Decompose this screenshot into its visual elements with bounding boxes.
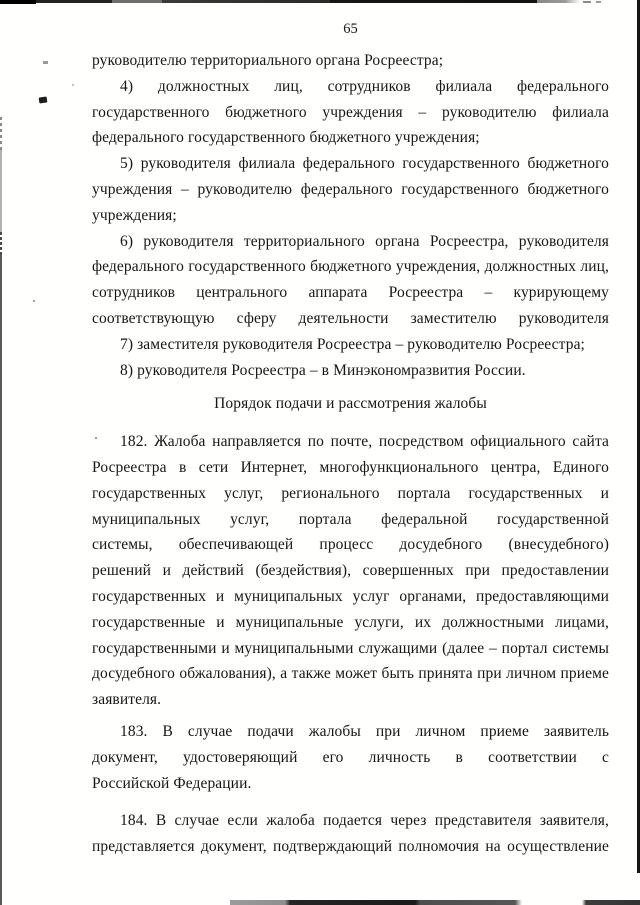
- text-line: соответствующую сферу деятельности замес…: [92, 306, 609, 332]
- text-line: государственных и муниципальных услуг ор…: [92, 584, 609, 610]
- section-heading-text: Порядок подачи и рассмотрения жалобы: [92, 391, 609, 417]
- text-line: федерального государственного бюджетного…: [92, 254, 609, 280]
- scan-artifact-left-edge: [0, 150, 2, 232]
- text-line: 5) руководителя филиала федерального гос…: [92, 151, 609, 177]
- scan-speck: [43, 61, 48, 64]
- text-line: системы, обеспечивающей процесс досудебн…: [92, 532, 609, 558]
- paragraph-184: 184. В случае если жалоба подается через…: [92, 808, 609, 860]
- scan-artifact-left-edge: [0, 255, 2, 905]
- scan-artifact-bottom-edge: [230, 900, 640, 905]
- scan-speck: [72, 84, 74, 86]
- text-line: 7) заместителя руководителя Росреестра –…: [92, 332, 609, 358]
- section-heading: Порядок подачи и рассмотрения жалобы: [92, 391, 609, 417]
- text-line: 182. Жалоба направляется по почте, посре…: [92, 429, 609, 455]
- text-line: документ, удостоверяющий его личность в …: [92, 745, 609, 771]
- scan-artifact-top-edge: [0, 0, 605, 3]
- text-line: государственных услуг, регионального пор…: [92, 481, 609, 507]
- paragraph-item-4: 4) должностных лиц, сотрудников филиала …: [92, 74, 609, 151]
- text-line: 184. В случае если жалоба подается через…: [92, 808, 609, 834]
- scan-speck: [33, 300, 35, 302]
- text-line: заявителя.: [92, 687, 609, 713]
- document-page: 65 руководителю территориального органа …: [0, 0, 640, 905]
- text-line: Российской Федерации.: [92, 771, 609, 797]
- text-line: федерального государственного бюджетного…: [92, 125, 609, 151]
- text-line: государственные и муниципальные услуги, …: [92, 610, 609, 636]
- scan-artifact-top-dash: [596, 1, 601, 3]
- text-line: муниципальных услуг, портала федеральной…: [92, 507, 609, 533]
- text-line: досудебного обжалования), а также может …: [92, 661, 609, 687]
- text-line: 8) руководителя Росреестра – в Минэконом…: [92, 358, 609, 384]
- text-line: 4) должностных лиц, сотрудников филиала …: [92, 74, 609, 100]
- scan-artifact-top-edge-corner: [0, 0, 36, 4]
- text-line: сотрудников центрального аппарата Росрее…: [92, 280, 609, 306]
- text-line: 6) руководителя территориального органа …: [92, 229, 609, 255]
- text-line: представляется документ, подтверждающий …: [92, 834, 609, 860]
- text-line: 183. В случае подачи жалобы при личном п…: [92, 719, 609, 745]
- page-number: 65: [92, 21, 609, 38]
- text-line: Росреестра в сети Интернет, многофункцио…: [92, 455, 609, 481]
- text-line: учреждения – руководителю федерального г…: [92, 177, 609, 203]
- text-line: учреждения;: [92, 203, 609, 229]
- scan-speck: [39, 96, 48, 103]
- scan-artifact-top-dash: [583, 1, 591, 3]
- scan-artifact-left-edge: [0, 117, 2, 151]
- text-line: государственными и муниципальными служащ…: [92, 636, 609, 662]
- text-line: руководителю территориального органа Рос…: [92, 48, 609, 74]
- paragraph-item-8: 8) руководителя Росреестра – в Минэконом…: [92, 358, 609, 384]
- paragraph-182: 182. Жалоба направляется по почте, посре…: [92, 429, 609, 713]
- paragraph-item-3-continuation: руководителю территориального органа Рос…: [92, 48, 609, 74]
- paragraph-183: 183. В случае подачи жалобы при личном п…: [92, 719, 609, 796]
- scan-artifact-left-edge: [0, 232, 2, 255]
- paragraph-item-7: 7) заместителя руководителя Росреестра –…: [92, 332, 609, 358]
- text-line: решений и действий (бездействия), соверш…: [92, 558, 609, 584]
- text-line: государственного бюджетного учреждения –…: [92, 100, 609, 126]
- paragraph-item-5: 5) руководителя филиала федерального гос…: [92, 151, 609, 228]
- paragraph-item-6: 6) руководителя территориального органа …: [92, 229, 609, 332]
- document-body: руководителю территориального органа Рос…: [92, 48, 609, 860]
